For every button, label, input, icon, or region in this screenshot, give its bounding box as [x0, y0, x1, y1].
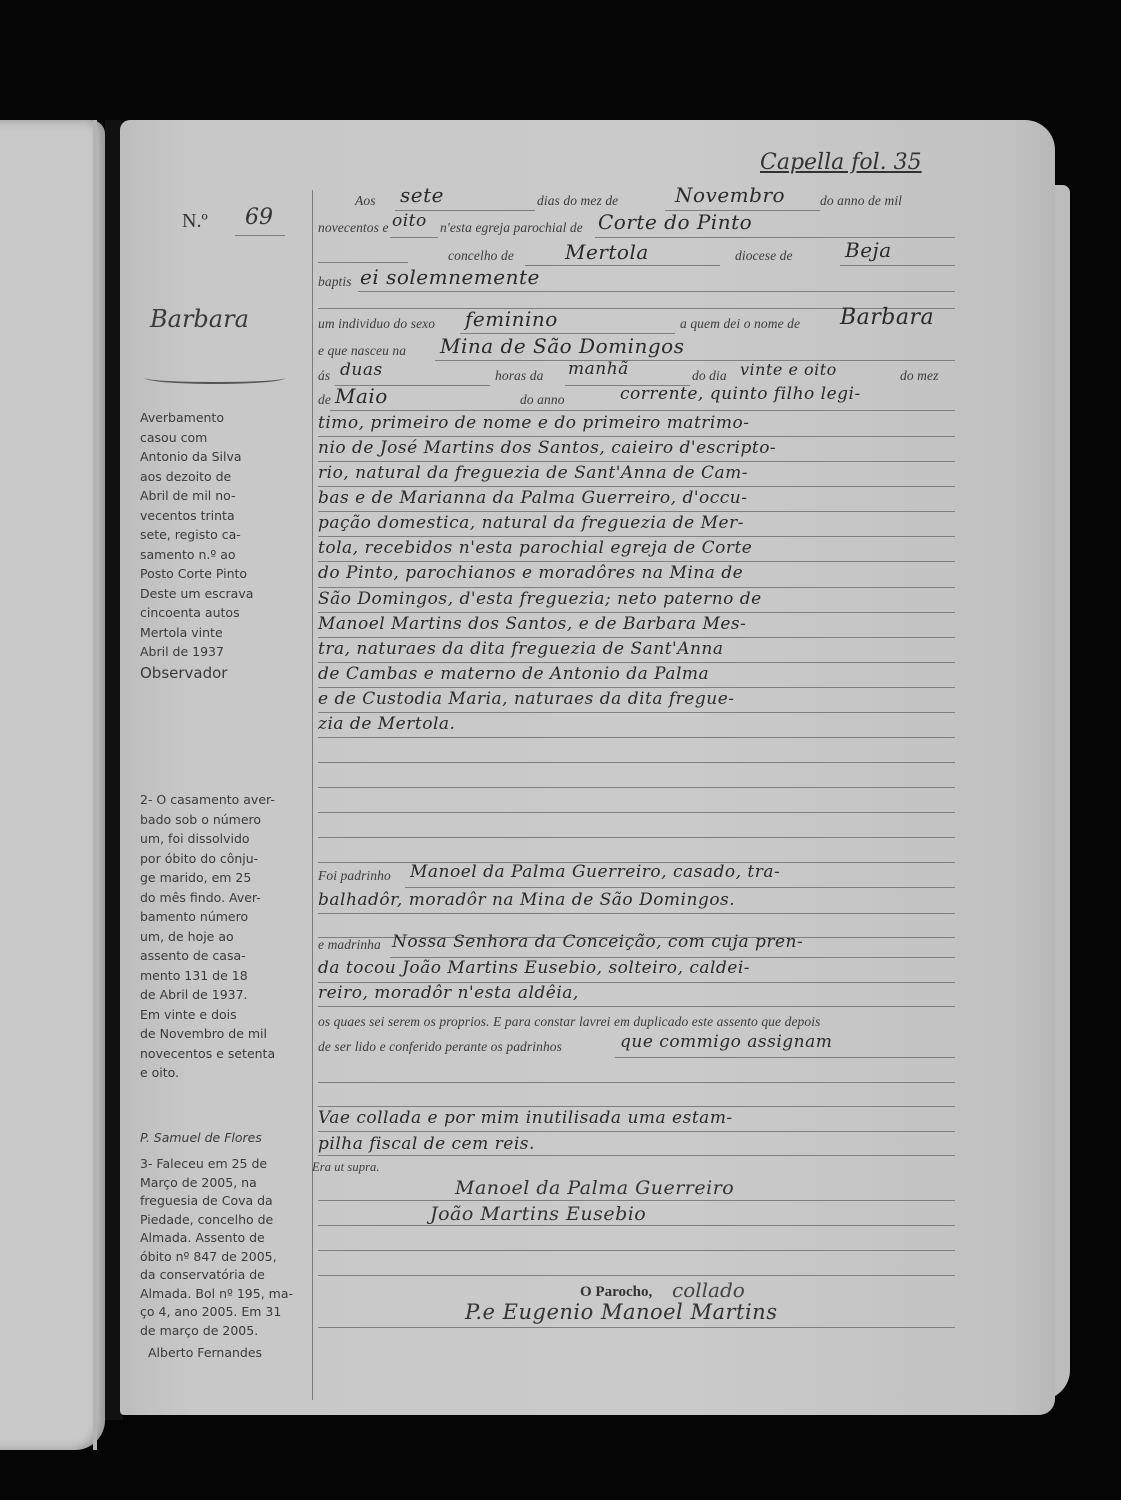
form-text: dias do mez de — [537, 193, 618, 209]
folio-number: Capella fol. 35 — [760, 150, 922, 175]
record-text-line: bas e de Marianna da Palma Guerreiro, d'… — [318, 488, 748, 508]
record-text-line: nio de José Martins dos Santos, caieiro … — [318, 438, 776, 458]
priest-signature: P.e Eugenio Manoel Martins — [465, 1300, 777, 1324]
margin-annotation-dissolution: 2- O casamento aver- bado sob o número u… — [140, 790, 315, 1083]
day-field: sete — [400, 183, 444, 207]
record-text-line: do Pinto, parochianos e moradôres na Min… — [318, 563, 743, 583]
record-text-line: zia de Mertola. — [318, 714, 455, 734]
record-text-line: pação domestica, natural da freguezia de… — [318, 513, 744, 533]
parish-priest-status: collado — [672, 1278, 745, 1302]
form-text: do dia — [692, 368, 727, 384]
margin-annotation-marriage: Averbamento casou com Antonio da Silva a… — [140, 408, 315, 662]
godmother-label: e madrinha — [318, 937, 381, 953]
form-text: e que nasceu na — [318, 343, 406, 359]
form-text: novecentos e — [318, 220, 389, 236]
period-field: manhã — [568, 359, 629, 379]
godmother-text: Nossa Senhora da Conceição, com cuja pre… — [392, 932, 803, 952]
birth-year-field: corrente, quinto filho legi- — [620, 384, 861, 404]
record-text-line: tra, naturaes da dita freguezia de Sant'… — [318, 639, 724, 659]
left-facing-page — [0, 120, 105, 1450]
era-ut-supra: Era ut supra. — [312, 1160, 380, 1175]
form-text: de — [318, 392, 331, 408]
record-text-line: e de Custodia Maria, naturaes da dita fr… — [318, 689, 735, 709]
closing-formula: de ser lido e conferido perante os padri… — [318, 1039, 562, 1055]
year-field: oito — [392, 211, 427, 231]
godfather-signature: Manoel da Palma Guerreiro — [455, 1177, 734, 1199]
form-text: baptis — [318, 274, 352, 290]
margin-annotation-death: 3- Faleceu em 25 de Março de 2005, na fr… — [140, 1155, 315, 1340]
form-text: um individuo do sexo — [318, 316, 435, 332]
record-number: 69 — [245, 205, 273, 230]
form-text: n'esta egreja parochial de — [440, 220, 583, 236]
godmother-text: reiro, moradôr n'esta aldêia, — [318, 983, 579, 1003]
margin-annotation-signature: Alberto Fernandes — [148, 1343, 323, 1363]
godfather-label: Foi padrinho — [318, 868, 391, 884]
form-text: do anno — [520, 392, 565, 408]
record-text-line: timo, primeiro de nome e do primeiro mat… — [318, 413, 749, 433]
baptism-type-field: ei solemnemente — [360, 265, 540, 289]
given-name-field: Barbara — [840, 305, 934, 330]
record-text-line: tola, recebidos n'esta parochial egreja … — [318, 538, 752, 558]
flourish-decoration — [145, 372, 285, 384]
closing-handwritten: que commigo assignam — [620, 1032, 832, 1052]
stamp-note: pilha fiscal de cem reis. — [318, 1134, 535, 1154]
form-text: do anno de mil — [820, 193, 902, 209]
form-text: concelho de — [448, 248, 514, 264]
form-text: ás — [318, 368, 330, 384]
godfather-text: balhadôr, moradôr na Mina de São Domingo… — [318, 890, 735, 910]
form-text: do mez — [900, 368, 938, 384]
birth-day-field: vinte e oito — [740, 360, 837, 379]
form-text: a quem dei o nome de — [680, 316, 800, 332]
month-field: Novembro — [675, 183, 785, 207]
godmother-proxy-signature: João Martins Eusebio — [430, 1203, 646, 1225]
hour-field: duas — [340, 360, 383, 380]
record-text-line: Manoel Martins dos Santos, e de Barbara … — [318, 614, 746, 634]
margin-annotation-signature: Observador — [140, 664, 315, 684]
margin-baptized-name: Barbara — [150, 305, 249, 333]
record-number-label: N.º — [182, 210, 208, 233]
closing-formula: os quaes sei serem os proprios. E para c… — [318, 1014, 820, 1030]
municipality-field: Mertola — [565, 240, 649, 264]
sex-field: feminino — [465, 307, 558, 331]
record-text-line: de Cambas e materno de Antonio da Palma — [318, 664, 709, 684]
parish-priest-label: O Parocho, — [580, 1284, 652, 1301]
diocese-field: Beja — [845, 238, 892, 262]
birthplace-field: Mina de São Domingos — [440, 334, 684, 358]
godfather-text: Manoel da Palma Guerreiro, casado, tra- — [410, 862, 780, 882]
record-text-line: São Domingos, d'esta freguezia; neto pat… — [318, 589, 762, 609]
parish-field: Corte do Pinto — [598, 210, 752, 234]
record-text-line: rio, natural da freguezia de Sant'Anna d… — [318, 463, 748, 483]
godmother-text: da tocou João Martins Eusebio, solteiro,… — [318, 958, 750, 978]
margin-annotation-signature: P. Samuel de Flores — [140, 1128, 315, 1148]
form-text: diocese de — [735, 248, 793, 264]
form-text: horas da — [495, 368, 543, 384]
stamp-note: Vae collada e por mim inutilisada uma es… — [318, 1108, 733, 1128]
birth-month-field: Maio — [335, 384, 388, 408]
form-text: Aos — [355, 193, 376, 209]
